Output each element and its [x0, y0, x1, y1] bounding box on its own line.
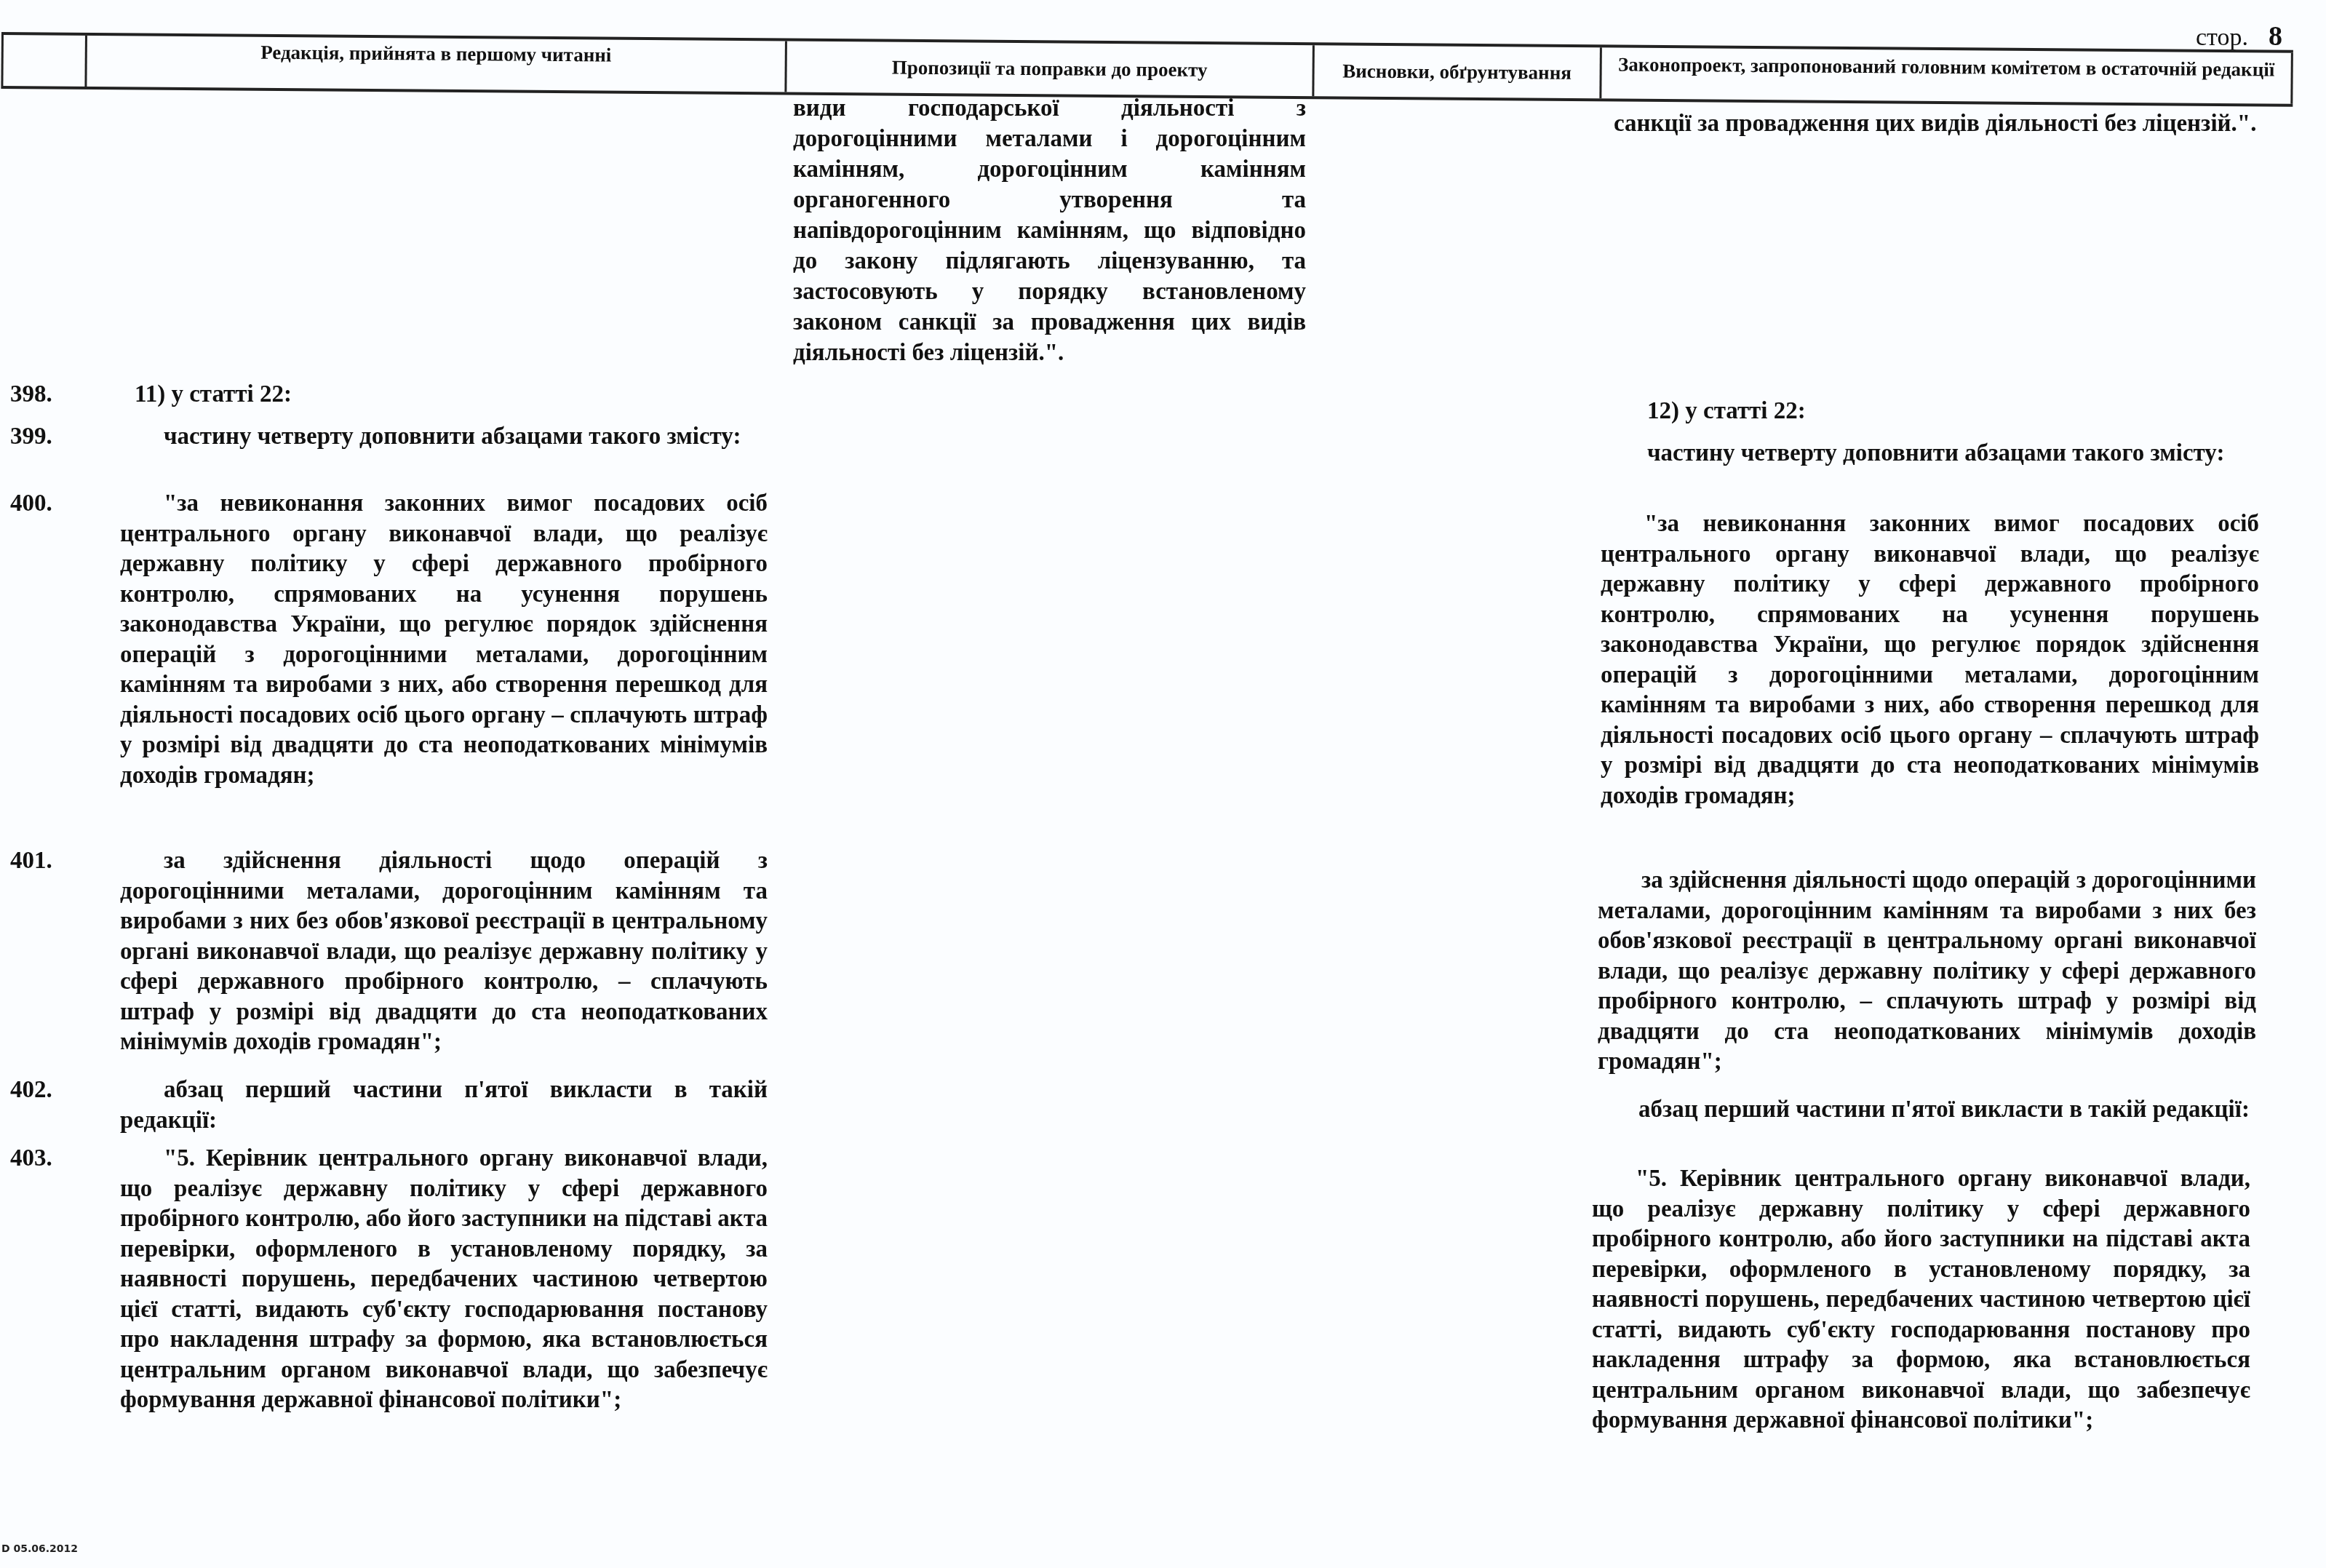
- page-number: стор. 8: [2196, 20, 2282, 52]
- row-number: 403.: [0, 1144, 120, 1416]
- proposals-continuation: види господарської діяльності з дорогоці…: [793, 93, 1306, 368]
- page-label: стор.: [2196, 24, 2248, 52]
- table-row: 403. "5. Керівник центрального органу ви…: [0, 1144, 768, 1416]
- header-conclusions: Висновки, обґрунтування: [1312, 45, 1600, 98]
- final-continuation: санкції за провадження цих видів діяльно…: [1614, 109, 2276, 140]
- final-version-text: частину четверту доповнити абзацами тако…: [1604, 439, 2262, 469]
- row-number: 400.: [0, 489, 120, 791]
- final-version-text: 12) у статті 22:: [1604, 397, 2262, 427]
- row-number: 401.: [0, 846, 120, 1058]
- first-reading-text: "5. Керівник центрального органу виконав…: [120, 1144, 768, 1416]
- header-number-column: [1, 35, 85, 87]
- table-row: 399. частину четверту доповнити абзацами…: [0, 422, 768, 453]
- table-row: 402. абзац перший частини п'ятої викласт…: [0, 1075, 768, 1136]
- first-reading-text: "за невиконання законних вимог посадових…: [120, 489, 768, 791]
- table-row: 401. за здійснення діяльності щодо опера…: [0, 846, 768, 1058]
- footer-code: D 05.06.2012: [1, 1543, 78, 1555]
- row-number: 402.: [0, 1075, 120, 1136]
- header-first-reading: Редакція, прийнята в першому читанні: [84, 36, 785, 92]
- first-reading-text: частину четверту доповнити абзацами тако…: [120, 422, 768, 453]
- table-row: 398. 11) у статті 22:: [0, 380, 768, 410]
- final-version-text: за здійснення діяльності щодо операцій з…: [1598, 866, 2256, 1078]
- first-reading-text: 11) у статті 22:: [120, 380, 768, 410]
- first-reading-text: за здійснення діяльності щодо операцій з…: [120, 846, 768, 1058]
- row-number: 398.: [0, 380, 120, 410]
- table-row: 400. "за невиконання законних вимог поса…: [0, 489, 768, 791]
- header-proposals: Пропозиції та поправки до проекту: [784, 41, 1313, 96]
- row-number: 399.: [0, 422, 120, 453]
- final-version-text: "5. Керівник центрального органу виконав…: [1592, 1164, 2250, 1436]
- final-version-text: абзац перший частини п'ятої викласти в т…: [1595, 1095, 2253, 1126]
- header-final-version: Законопроект, запропонований головним ко…: [1599, 47, 2293, 103]
- first-reading-text: абзац перший частини п'ятої викласти в т…: [120, 1075, 768, 1136]
- final-version-text: "за невиконання законних вимог посадових…: [1601, 509, 2259, 811]
- page-number-value: 8: [2269, 20, 2282, 52]
